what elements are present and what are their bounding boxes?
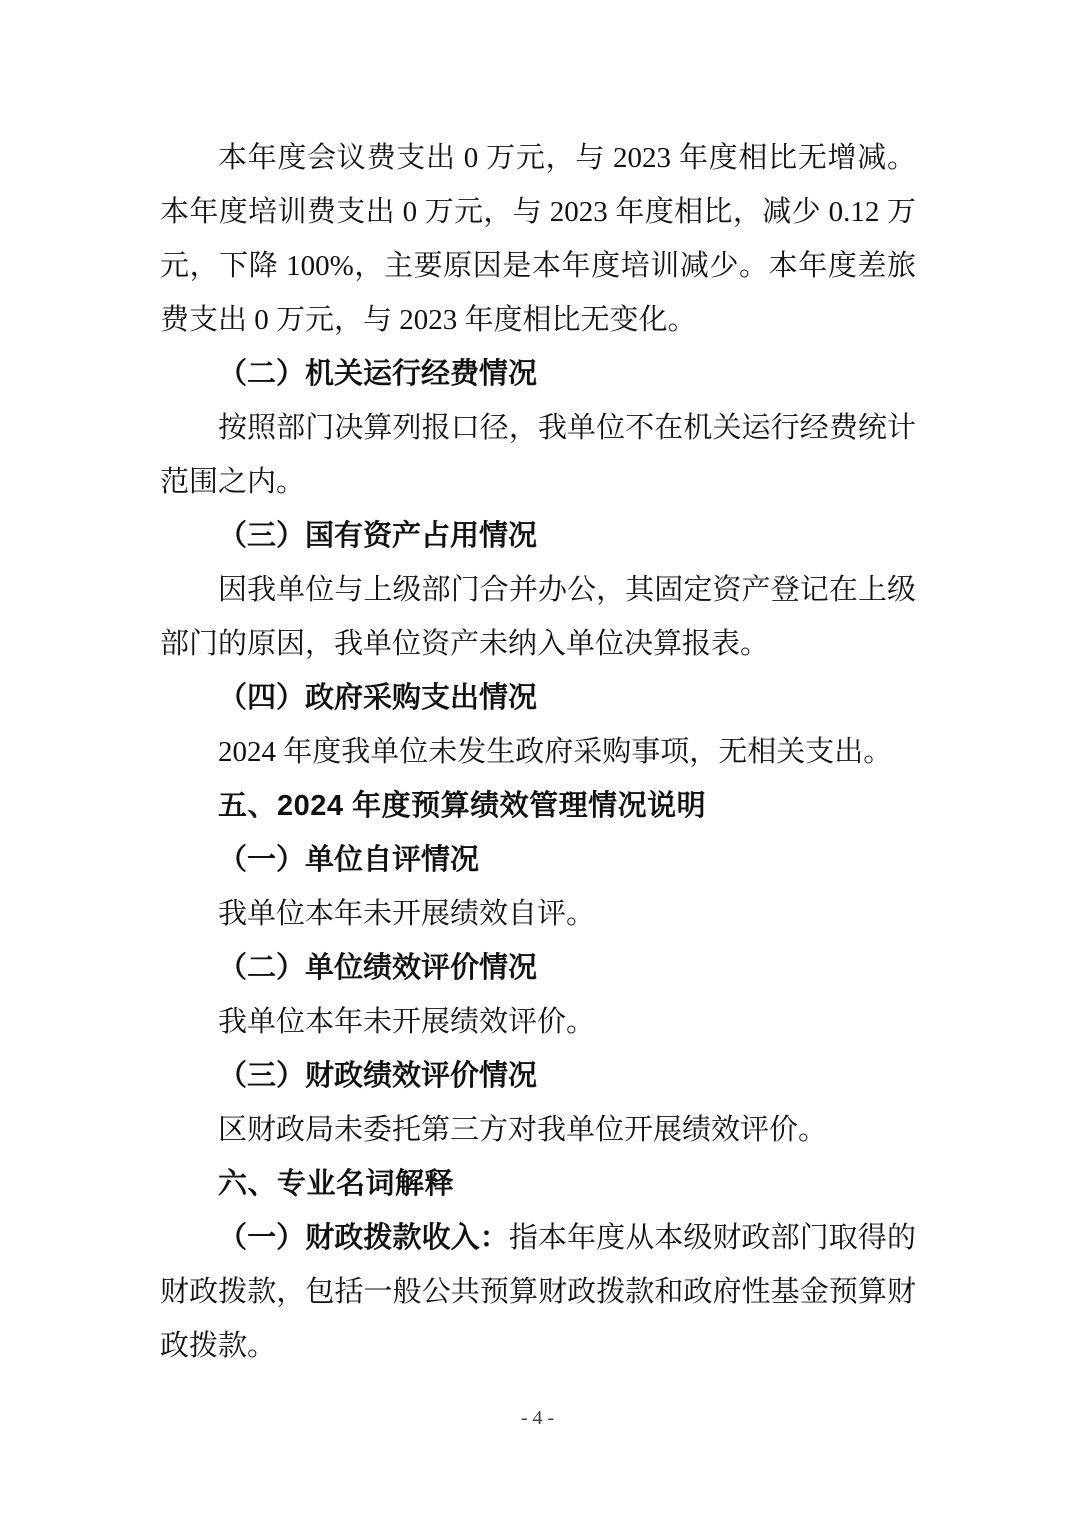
term-label: （一）财政拨款收入： (218, 1222, 509, 1254)
paragraph-fiscal-performance-evaluation: 区财政局未委托第三方对我单位开展绩效评价。 (160, 1103, 916, 1157)
heading-government-procurement: （四）政府采购支出情况 (160, 671, 916, 725)
heading-unit-performance-evaluation: （二）单位绩效评价情况 (160, 941, 916, 995)
page-content: 本年度会议费支出 0 万元，与 2023 年度相比无增减。本年度培训费支出 0 … (160, 131, 916, 1373)
heading-terminology: 六、专业名词解释 (160, 1157, 916, 1211)
heading-state-asset-occupancy: （三）国有资产占用情况 (160, 509, 916, 563)
heading-budget-performance-management: 五、2024 年度预算绩效管理情况说明 (160, 779, 916, 833)
heading-unit-self-evaluation: （一）单位自评情况 (160, 833, 916, 887)
document-page: 本年度会议费支出 0 万元，与 2023 年度相比无增减。本年度培训费支出 0 … (0, 0, 1075, 1520)
paragraph-meeting-training-travel-expense: 本年度会议费支出 0 万元，与 2023 年度相比无增减。本年度培训费支出 0 … (160, 131, 916, 347)
paragraph-state-asset-occupancy: 因我单位与上级部门合并办公，其固定资产登记在上级部门的原因，我单位资产未纳入单位… (160, 563, 916, 671)
paragraph-agency-operating-expense: 按照部门决算列报口径，我单位不在机关运行经费统计范围之内。 (160, 401, 916, 509)
heading-agency-operating-expense: （二）机关运行经费情况 (160, 347, 916, 401)
heading-fiscal-performance-evaluation: （三）财政绩效评价情况 (160, 1049, 916, 1103)
paragraph-government-procurement: 2024 年度我单位未发生政府采购事项，无相关支出。 (160, 725, 916, 779)
page-footer: - 4 - (0, 1404, 1075, 1432)
paragraph-unit-self-evaluation: 我单位本年未开展绩效自评。 (160, 887, 916, 941)
paragraph-term-fiscal-appropriation-income: （一）财政拨款收入：指本年度从本级财政部门取得的财政拨款，包括一般公共预算财政拨… (160, 1211, 916, 1373)
page-number: - 4 - (521, 1407, 554, 1429)
paragraph-unit-performance-evaluation: 我单位本年未开展绩效评价。 (160, 995, 916, 1049)
